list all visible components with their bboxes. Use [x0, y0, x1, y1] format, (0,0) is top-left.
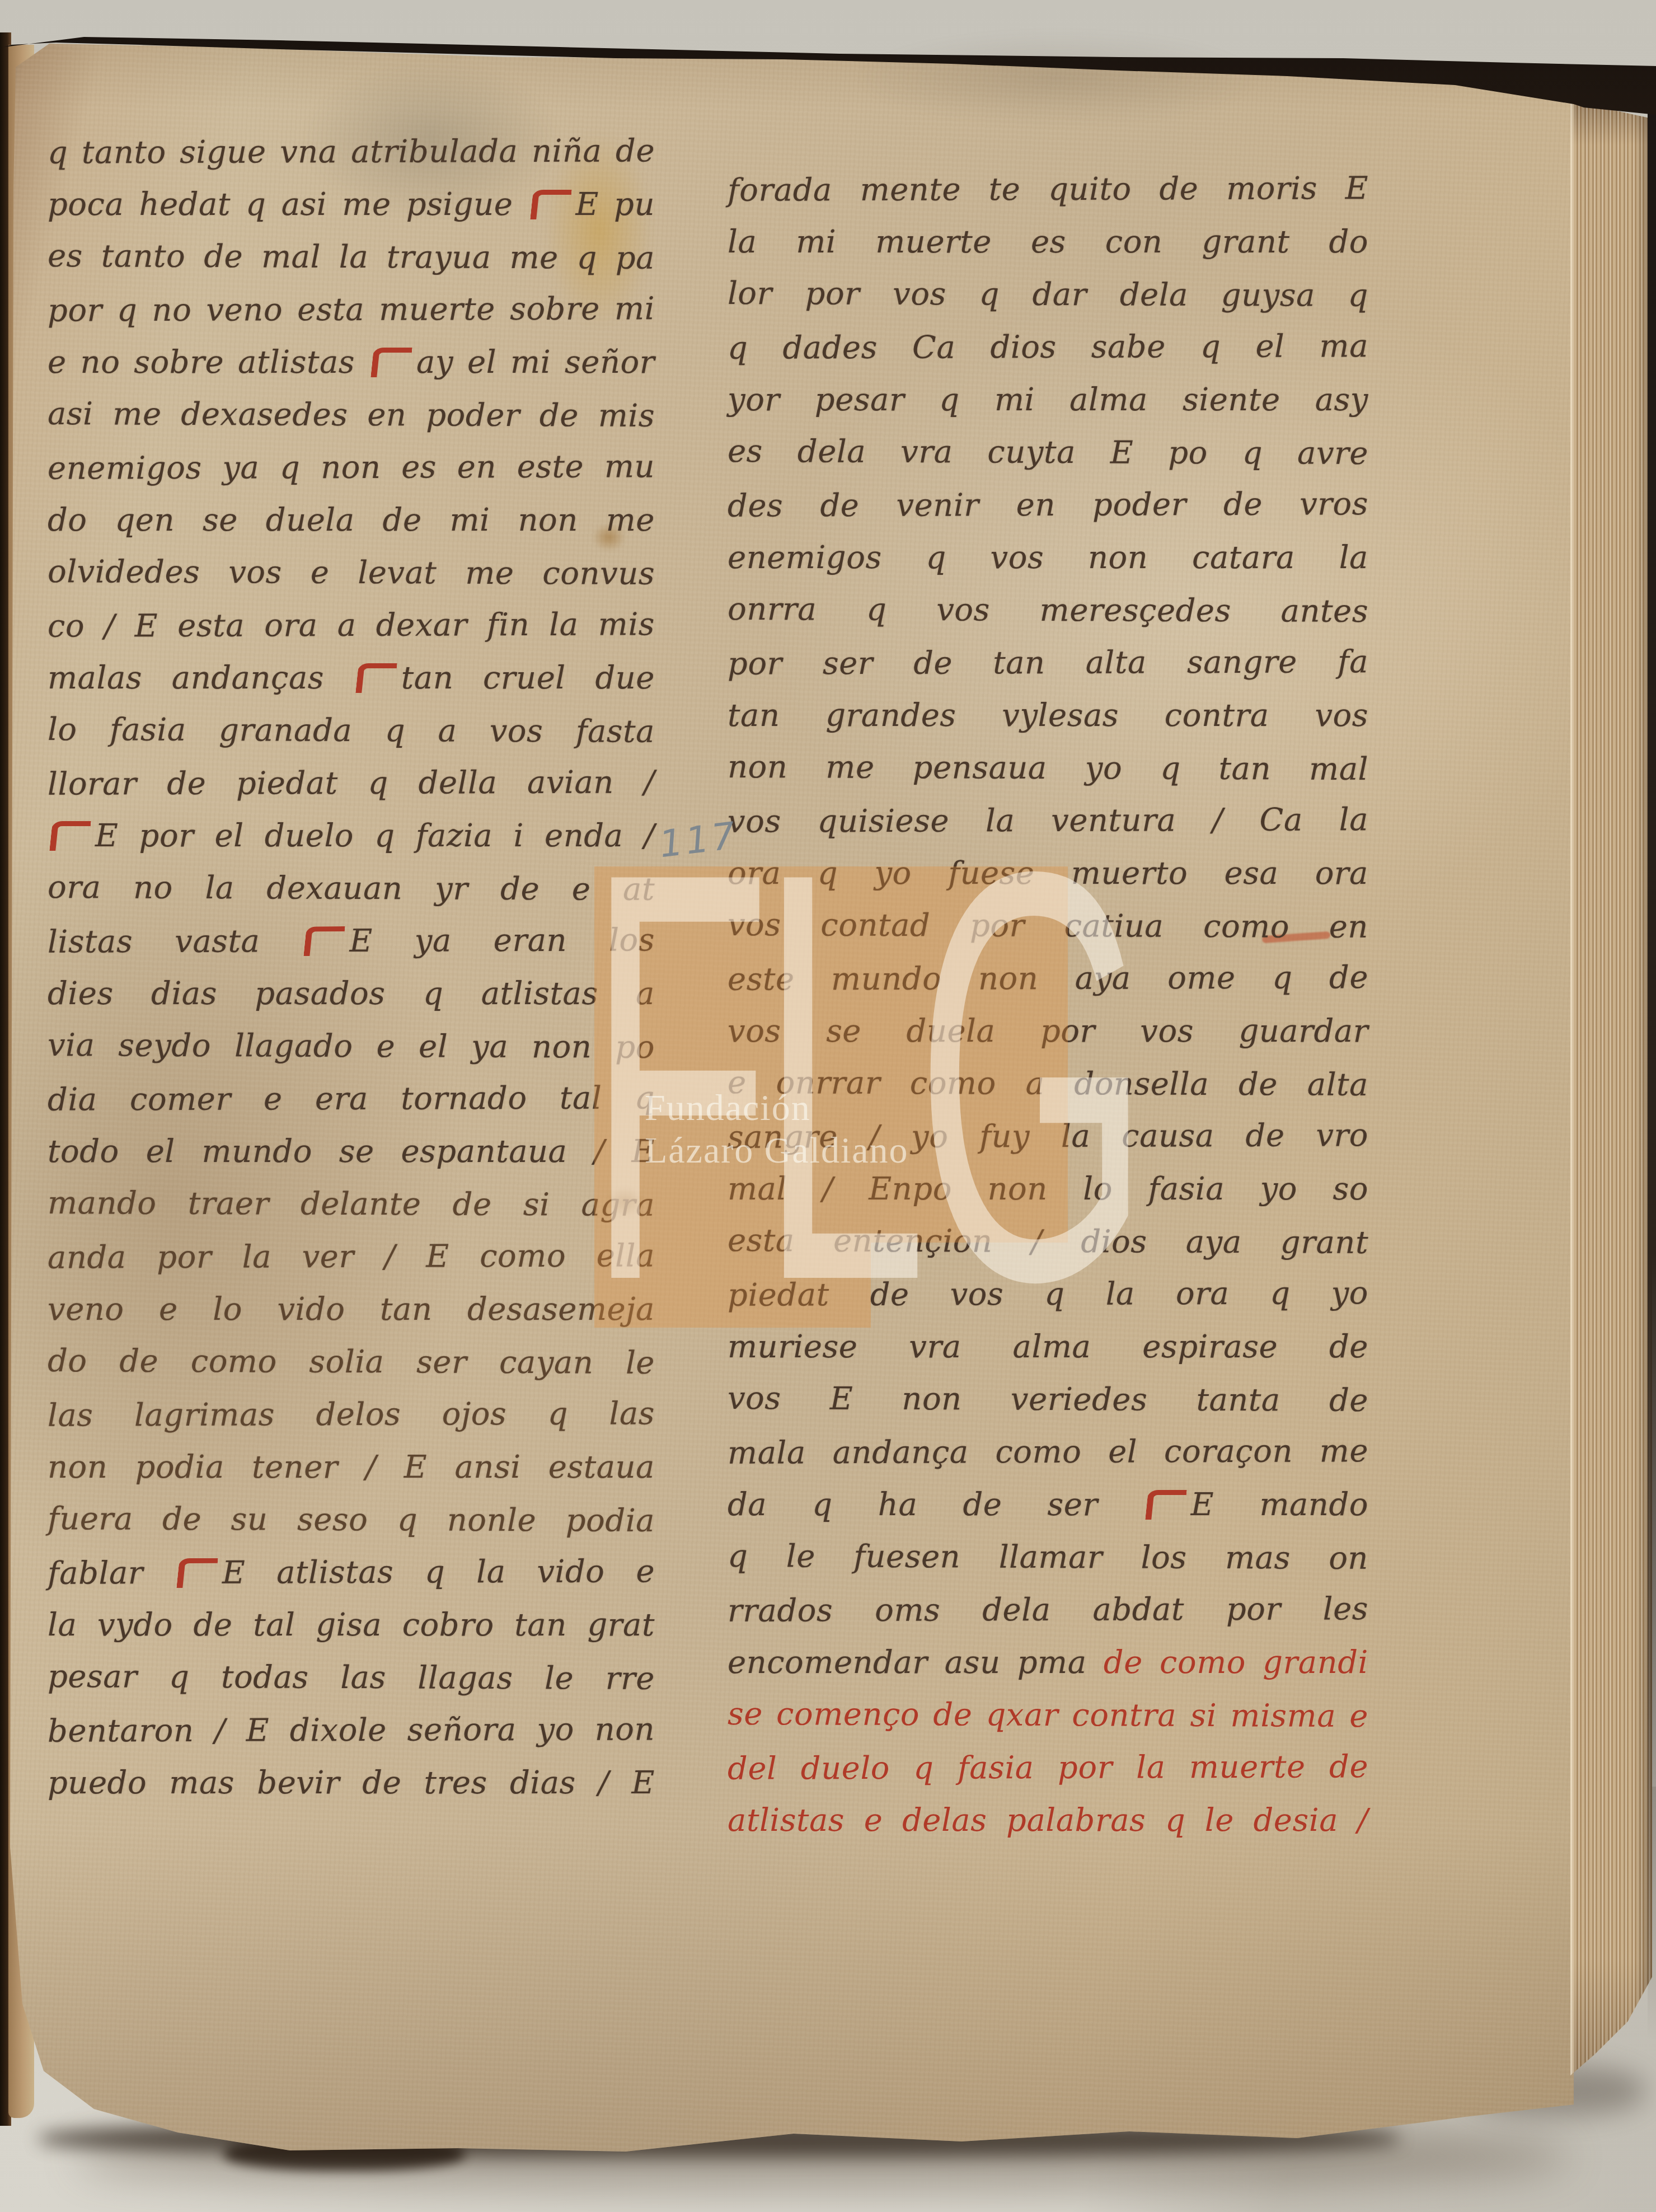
manuscript-line: enemigos q vos non catara la	[728, 532, 1368, 584]
manuscript-line: fablar E atlistas q la vido e	[48, 1545, 655, 1600]
manuscript-line: e no sobre atlistas ay el mi señor	[48, 336, 655, 389]
manuscript-line: mala andança como el coraçon me	[728, 1425, 1368, 1480]
calderon-mark	[530, 190, 572, 219]
calderon-mark	[176, 1558, 218, 1588]
manuscript-line: da q ha de ser E mando	[728, 1479, 1368, 1531]
manuscript-line: por ser de tan alta sangre fa	[728, 636, 1368, 691]
manuscript-line: do qen se duela de mi non me	[48, 494, 655, 547]
manuscript-line: llorar de piedat q della avian /	[48, 756, 655, 810]
calderon-mark	[49, 821, 91, 851]
manuscript-line: dia comer e era tornado tal q	[48, 1072, 655, 1126]
text-column-left: q tanto sigue vna atribulada niña depoca…	[48, 126, 655, 1810]
manuscript-line: yor pesar q mi alma siente asy	[728, 374, 1368, 427]
watermark-line1: Fundación	[645, 1087, 909, 1130]
manuscript-line: anda por la ver / E como ella	[48, 1230, 655, 1284]
manuscript-line: lor por vos q dar dela guysa q	[728, 268, 1368, 322]
manuscript-line: q dades Ca dios sabe q el ma	[728, 320, 1368, 375]
manuscript-line: la vydo de tal gisa cobro tan grat	[48, 1599, 655, 1652]
manuscript-line: ora no la dexauan yr de e at	[48, 861, 655, 916]
manuscript-line: fuera de su seso q nonle podia	[48, 1493, 655, 1548]
manuscript-line: veno e lo vido tan desasemeja	[48, 1283, 655, 1336]
manuscript-line: olvidedes vos e levat me convus	[48, 546, 655, 601]
manuscript-line: puedo mas bevir de tres dias / E	[48, 1757, 655, 1810]
manuscript-line: listas vasta E ya eran los	[48, 914, 655, 968]
manuscript-line: por q no veno esta muerte sobre mi	[48, 283, 655, 337]
manuscript-line: la mi muerte es con grant do	[728, 216, 1368, 269]
manuscript-line: del duelo q fasia por la muerte de	[728, 1741, 1368, 1796]
manuscript-line: bentaron / E dixole señora yo non	[48, 1703, 655, 1758]
manuscript-line: co / E esta ora a dexar fin la mis	[48, 598, 655, 653]
manuscript-line: onrra q vos meresçedes antes	[728, 583, 1368, 638]
manuscript-line: via seydo llagado e el ya non po	[48, 1019, 655, 1074]
manuscript-line: non podia tener / E ansi estaua	[48, 1441, 655, 1494]
manuscript-line: todo el mundo se espantaua / E	[48, 1126, 655, 1178]
calderon-mark	[370, 348, 412, 377]
manuscript-line: asi me dexasedes en poder de mis	[48, 388, 655, 443]
manuscript-line: lo fasia granada q a vos fasta	[48, 704, 655, 758]
watermark-monogram: FLG	[587, 838, 1138, 1316]
manuscript-photo: q tanto sigue vna atribulada niña depoca…	[0, 0, 1656, 2212]
manuscript-line: forada mente te quito de moris E	[728, 162, 1368, 217]
manuscript-line: poca hedat q asi me psigue E pu	[48, 179, 655, 231]
manuscript-line: es tanto de mal la trayua me q pa	[48, 230, 655, 285]
manuscript-line: atlistas e delas palabras q le desia /	[728, 1794, 1368, 1847]
manuscript-line: des de venir en poder de vros	[728, 478, 1368, 533]
book-right-edge-shadow	[1648, 71, 1656, 2041]
manuscript-line: pesar q todas las llagas le rre	[48, 1651, 655, 1705]
watermark-label: Fundación Lázaro Galdiano	[645, 1087, 909, 1172]
manuscript-line: enemigos ya q non es en este mu	[48, 440, 655, 495]
manuscript-line: es dela vra cuyta E po q avre	[728, 425, 1368, 480]
manuscript-line: mando traer delante de si agra	[48, 1177, 655, 1232]
manuscript-line: encomendar asu pma de como grandi	[728, 1637, 1368, 1689]
calderon-mark	[304, 926, 345, 956]
manuscript-line: se començo de qxar contra si misma e	[728, 1688, 1368, 1743]
watermark-line2: Lázaro Galdiano	[645, 1130, 909, 1172]
book-fore-edge	[1570, 84, 1652, 2121]
manuscript-line: malas andanças tan cruel due	[48, 652, 655, 705]
manuscript-line: q le fuesen llamar los mas on	[728, 1530, 1368, 1585]
manuscript-line: las lagrimas delos ojos q las	[48, 1388, 655, 1442]
calderon-mark	[355, 663, 397, 693]
manuscript-line: tan grandes vylesas contra vos	[728, 690, 1368, 742]
manuscript-line: rrados oms dela abdat por les	[728, 1583, 1368, 1638]
manuscript-line: q tanto sigue vna atribulada niña de	[48, 125, 655, 179]
manuscript-line: E por el duelo q fazia i enda /	[48, 810, 655, 863]
manuscript-line: do de como solia ser cayan le	[48, 1335, 655, 1390]
stain	[856, 31, 1259, 126]
calderon-mark	[1145, 1490, 1187, 1520]
manuscript-line: dies dias pasados q atlistas a	[48, 968, 655, 1020]
